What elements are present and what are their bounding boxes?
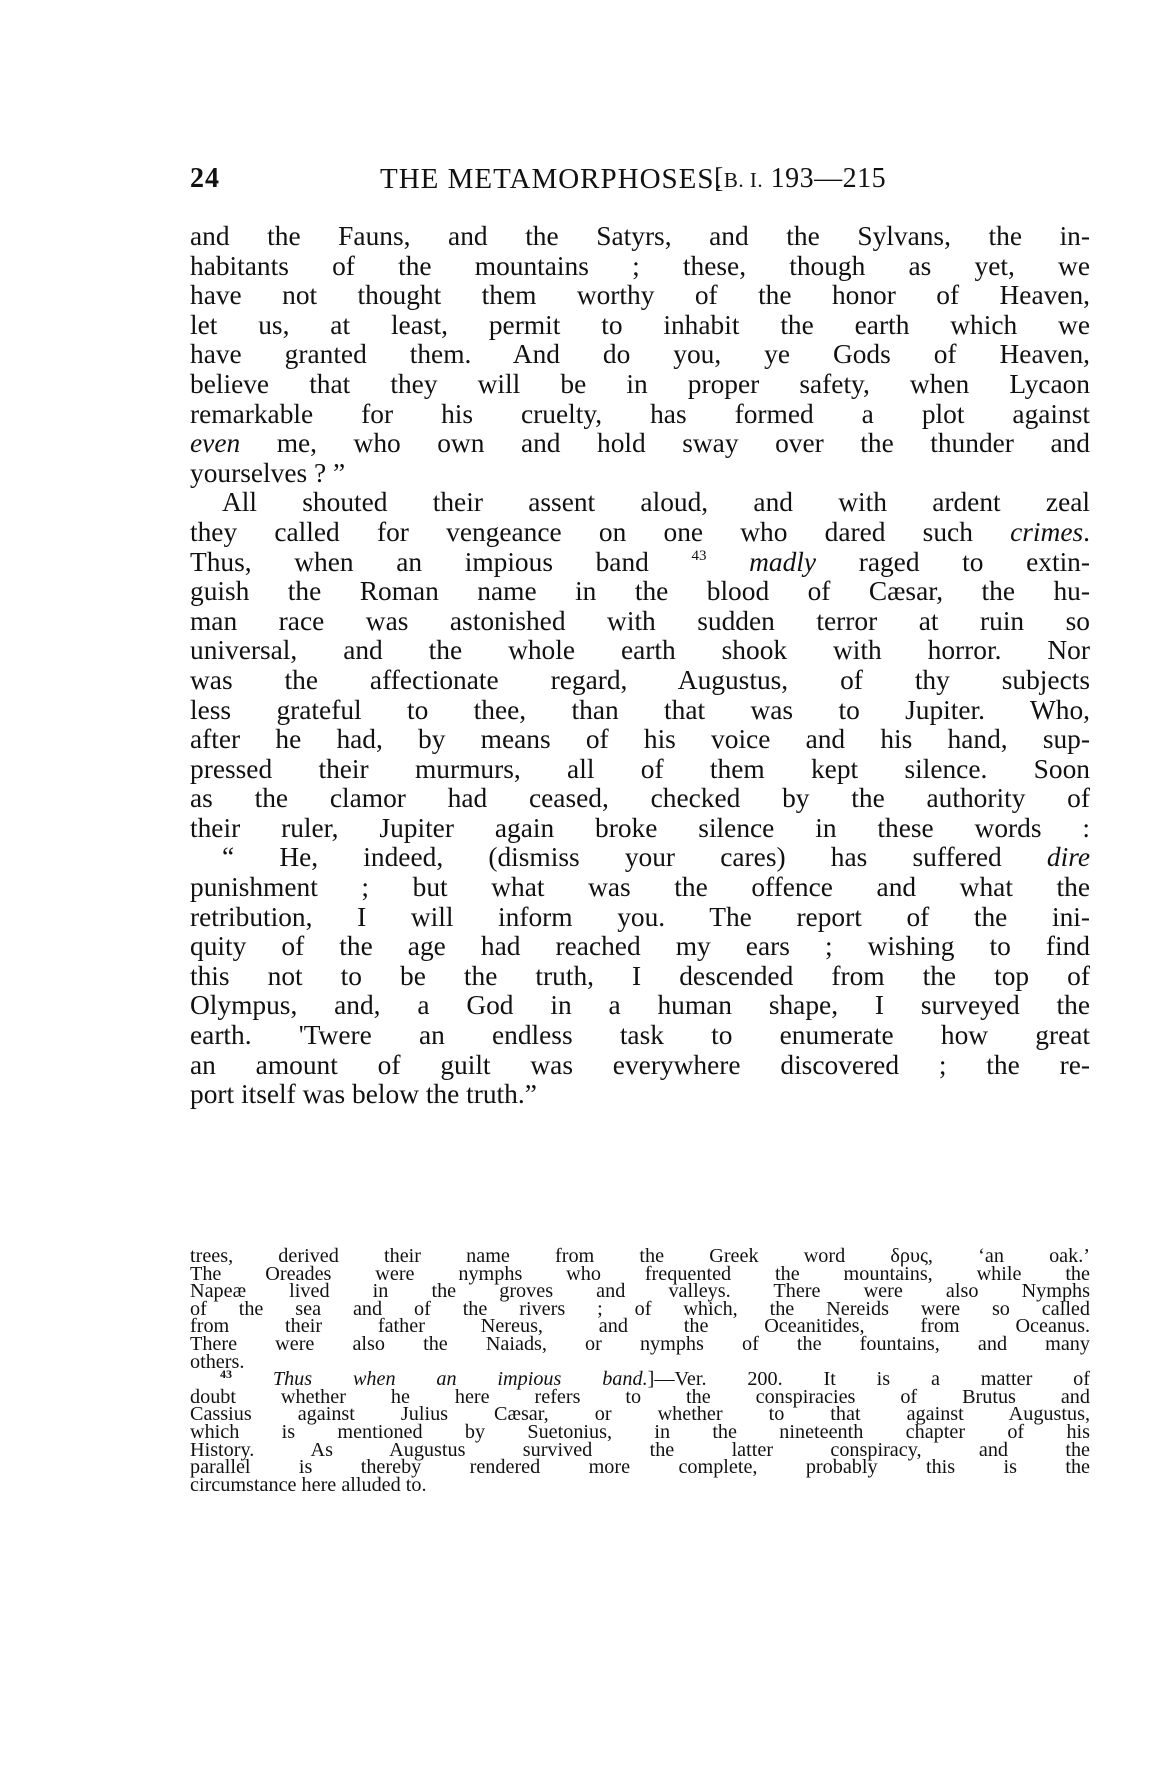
text-line: after he had, by means of his voice and … [190,725,1090,755]
text-line: universal, and the whole earth shook wit… [190,636,1090,666]
footnote-reference-43[interactable]: 43 [692,548,707,564]
italic-word: dire [1047,842,1090,872]
section-ref-lines: 193—215 [771,163,887,194]
text-line: pressed their murmurs, all of them kept … [190,755,1090,785]
footnote-marker-43: 43 [220,1367,232,1381]
text-line: guish the Roman name in the blood of Cæs… [190,577,1090,607]
text-line: man race was astonished with sudden terr… [190,607,1090,637]
text-line: habitants of the mountains ; these, thou… [190,252,1090,282]
text-span: they called for vengeance on one who dar… [190,517,1010,547]
main-text: and the Fauns, and the Satyrs, and the S… [190,222,1090,1110]
text-line: less grateful to thee, than that was to … [190,696,1090,726]
text-line: and the Fauns, and the Satyrs, and the S… [190,222,1090,252]
text-line: they called for vengeance on one who dar… [190,518,1090,548]
text-span: “ He, indeed, (dismiss your cares) has s… [222,842,1047,872]
page-number: 24 [190,163,220,195]
text-span: me, who own and hold sway over the thund… [240,428,1090,458]
section-ref-bracket: [ [714,163,724,194]
text-span: . [1083,517,1090,547]
text-line: Thus, when an impious band 43 madly rage… [190,548,1090,578]
text-span: Thus, when an impious band [190,547,692,577]
text-line: earth. 'Twere an endless task to enumera… [190,1021,1090,1051]
text-span: raged to extin- [816,547,1090,577]
text-line: was the affectionate regard, Augustus, o… [190,666,1090,696]
section-ref-book: B. I. [724,168,763,192]
text-line: as the clamor had ceased, checked by the… [190,784,1090,814]
italic-word: crimes [1010,517,1083,547]
footnote-line: There were also the Naiads, or nymphs of… [190,1336,1090,1354]
section-reference: [B. I. 193—215 [714,163,886,195]
text-line: believe that they will be in proper safe… [190,370,1090,400]
text-line: have granted them. And do you, ye Gods o… [190,340,1090,370]
text-line: have not thought them worthy of the hono… [190,281,1090,311]
paragraph-start-line: “ He, indeed, (dismiss your cares) has s… [190,843,1090,873]
book-page: 24 THE METAMORPHOSES. [B. I. 193—215 and… [0,0,1149,1770]
italic-word: even [190,428,240,458]
text-line: retribution, I will inform you. The repo… [190,903,1090,933]
footnote-line: circumstance here alluded to. [190,1477,1090,1495]
paragraph-start-line: All shouted their assent aloud, and with… [190,488,1090,518]
italic-word: madly [707,547,817,577]
page-header: 24 THE METAMORPHOSES. [B. I. 193—215 [190,163,1095,203]
text-line: port itself was below the truth.” [190,1080,1090,1110]
text-line: remarkable for his cruelty, has formed a… [190,400,1090,430]
text-line: this not to be the truth, I descended fr… [190,962,1090,992]
text-line: even me, who own and hold sway over the … [190,429,1090,459]
text-line: yourselves ? ” [190,459,1090,489]
text-line: punishment ; but what was the offence an… [190,873,1090,903]
text-line: let us, at least, permit to inhabit the … [190,311,1090,341]
text-line: Olympus, and, a God in a human shape, I … [190,991,1090,1021]
text-line: an amount of guilt was everywhere discov… [190,1051,1090,1081]
running-title: THE METAMORPHOSES. [380,163,723,196]
footnotes: trees, derived their name from the Greek… [190,1248,1090,1494]
text-line: quity of the age had reached my ears ; w… [190,932,1090,962]
text-line: their ruler, Jupiter again broke silence… [190,814,1090,844]
